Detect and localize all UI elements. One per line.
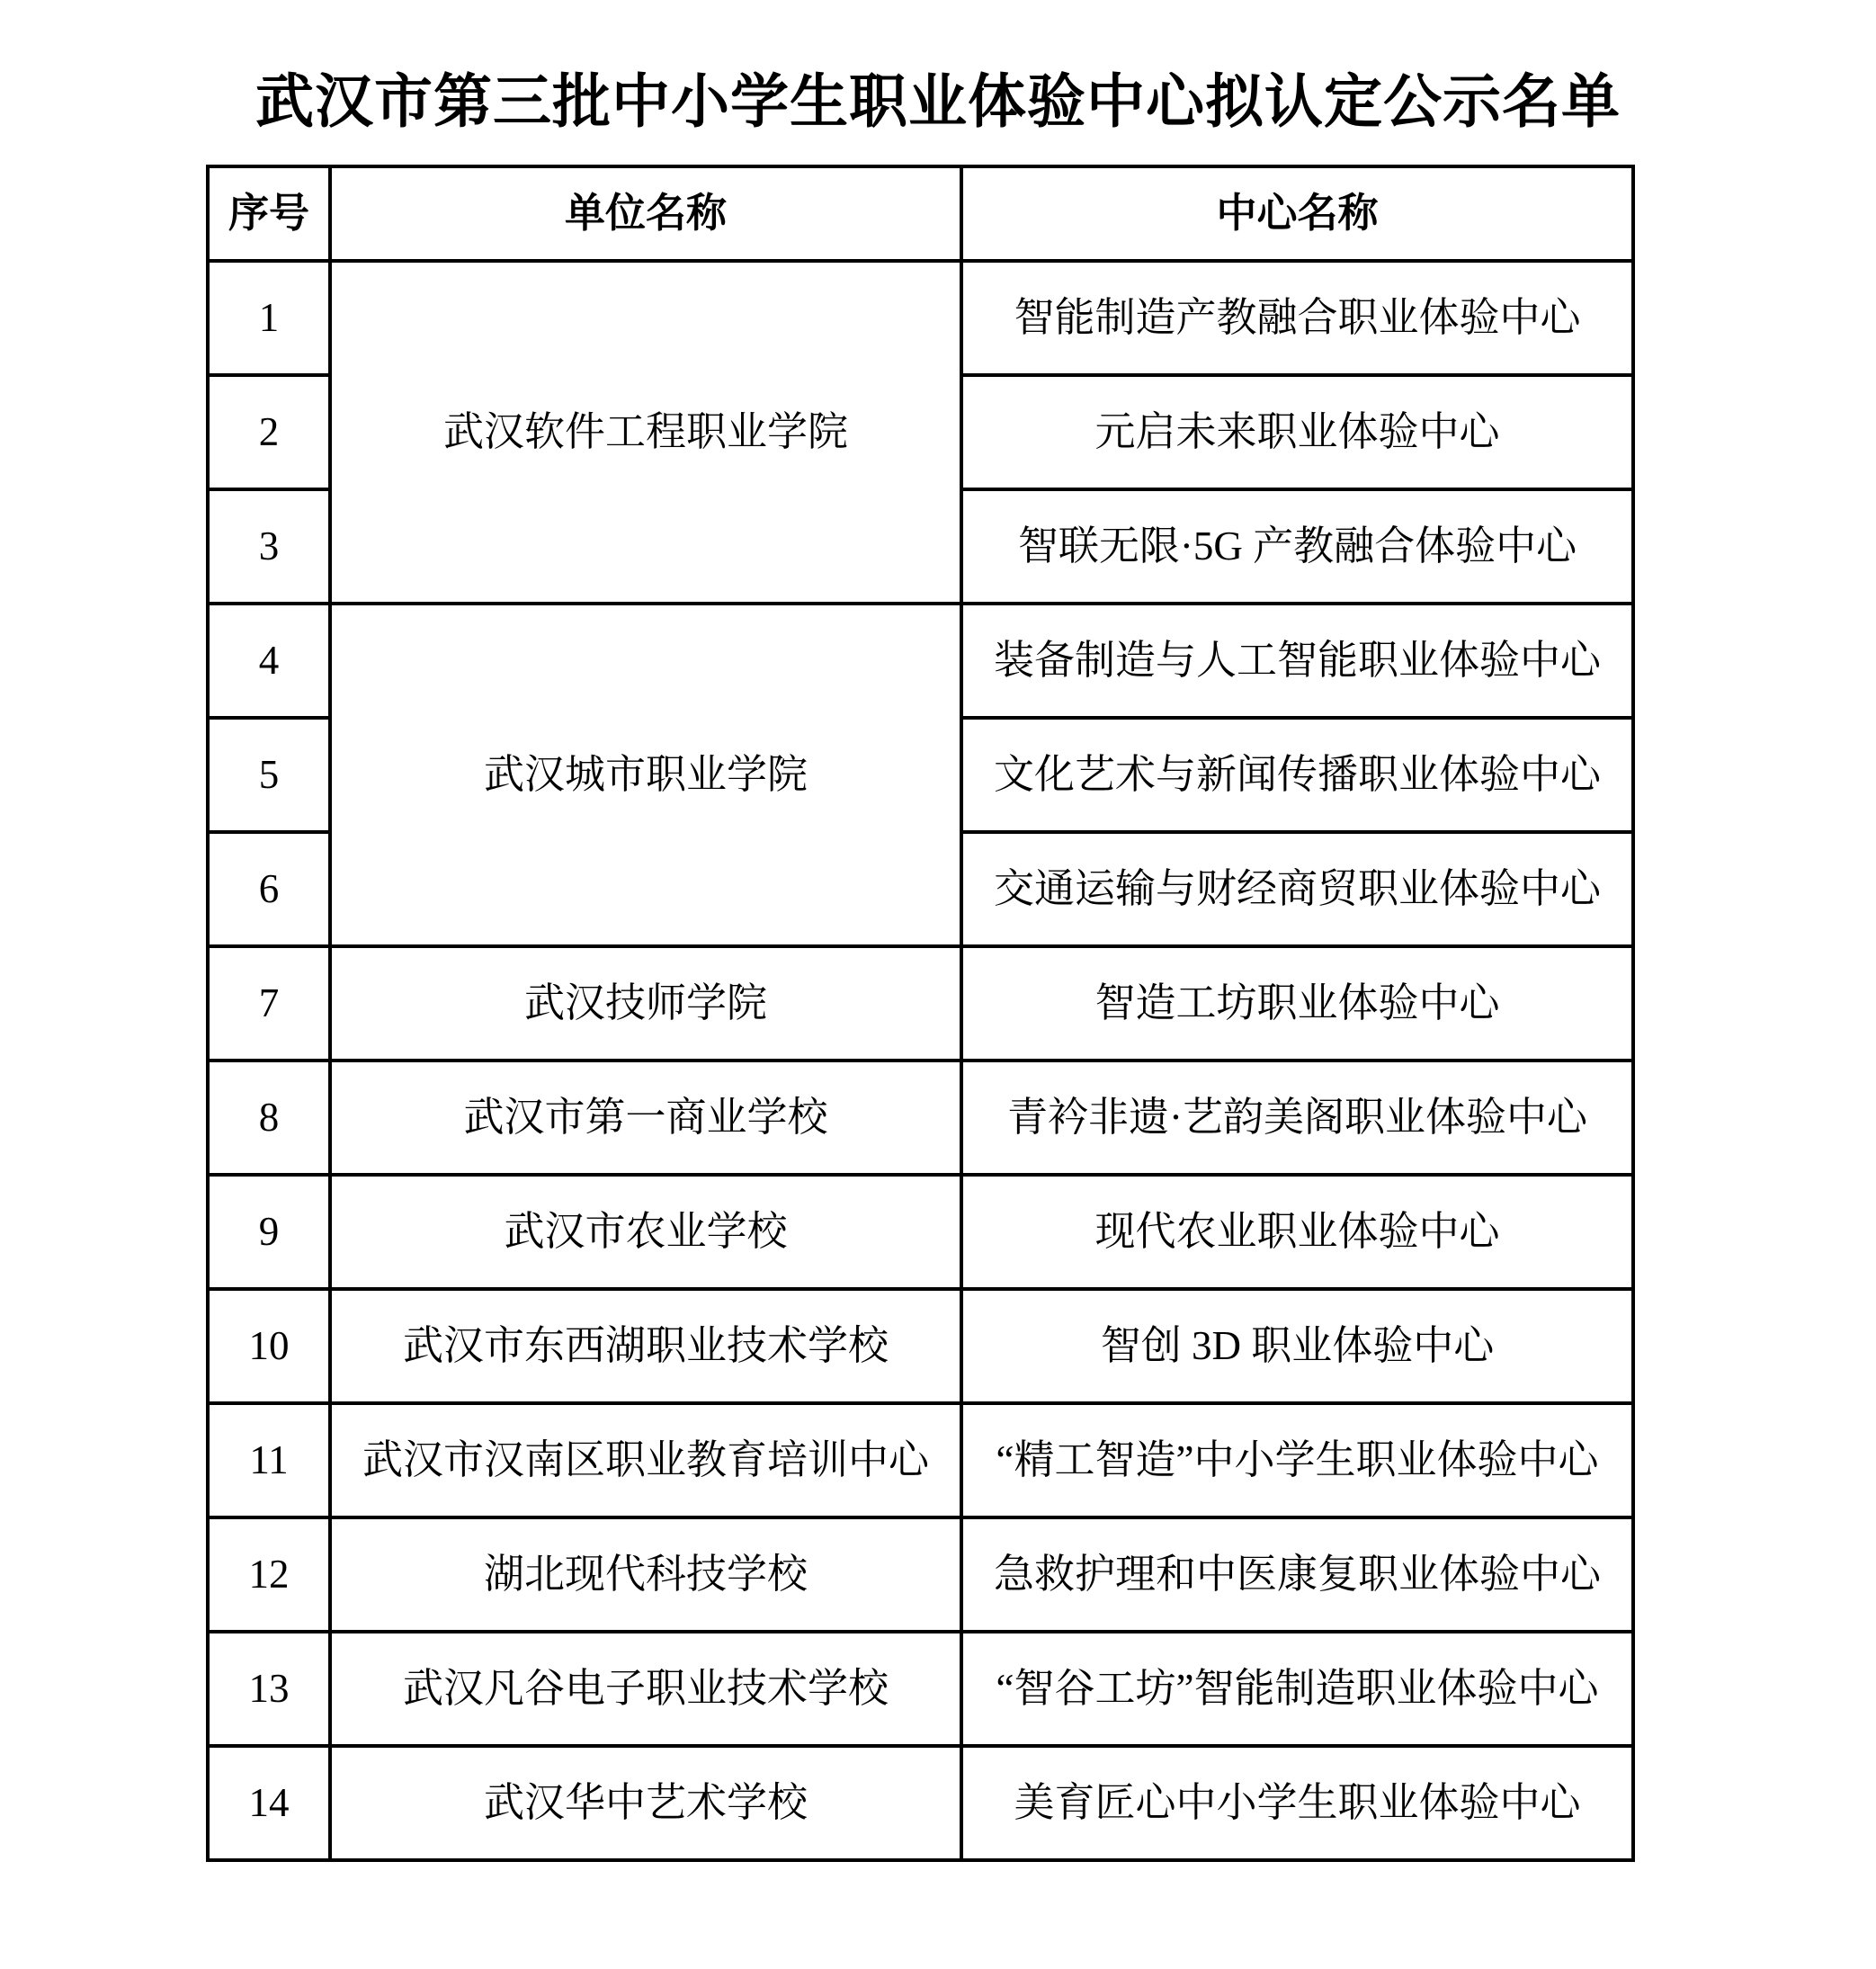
cell-unit: 武汉华中艺术学校 xyxy=(330,1746,961,1860)
table-row: 8 武汉市第一商业学校 青衿非遗·艺韵美阁职业体验中心 xyxy=(208,1061,1633,1175)
table-row: 1 武汉软件工程职业学院 智能制造产教融合职业体验中心 xyxy=(208,261,1633,375)
page-title: 武汉市第三批中小学生职业体验中心拟认定公示名单 xyxy=(0,65,1876,140)
cell-center: 智造工坊职业体验中心 xyxy=(961,946,1633,1061)
cell-no: 8 xyxy=(208,1061,330,1175)
notice-table: 序号 单位名称 中心名称 1 武汉软件工程职业学院 智能制造产教融合职业体验中心… xyxy=(206,165,1635,1862)
cell-unit: 武汉市农业学校 xyxy=(330,1175,961,1289)
cell-center: 装备制造与人工智能职业体验中心 xyxy=(961,604,1633,718)
cell-no: 9 xyxy=(208,1175,330,1289)
cell-center: “智谷工坊”智能制造职业体验中心 xyxy=(961,1632,1633,1746)
cell-unit: 武汉技师学院 xyxy=(330,946,961,1061)
cell-center: 交通运输与财经商贸职业体验中心 xyxy=(961,832,1633,946)
document-page: 武汉市第三批中小学生职业体验中心拟认定公示名单 序号 单位名称 中心名称 1 武… xyxy=(0,0,1876,1969)
header-cell-unit: 单位名称 xyxy=(330,166,961,261)
table-row: 11 武汉市汉南区职业教育培训中心 “精工智造”中小学生职业体验中心 xyxy=(208,1403,1633,1517)
cell-no: 10 xyxy=(208,1289,330,1403)
cell-no: 11 xyxy=(208,1403,330,1517)
cell-no: 14 xyxy=(208,1746,330,1860)
table-row: 9 武汉市农业学校 现代农业职业体验中心 xyxy=(208,1175,1633,1289)
cell-unit: 武汉软件工程职业学院 xyxy=(330,261,961,604)
table-row: 12 湖北现代科技学校 急救护理和中医康复职业体验中心 xyxy=(208,1517,1633,1632)
table-row: 13 武汉凡谷电子职业技术学校 “智谷工坊”智能制造职业体验中心 xyxy=(208,1632,1633,1746)
cell-center: “精工智造”中小学生职业体验中心 xyxy=(961,1403,1633,1517)
table-row: 7 武汉技师学院 智造工坊职业体验中心 xyxy=(208,946,1633,1061)
cell-unit: 武汉市汉南区职业教育培训中心 xyxy=(330,1403,961,1517)
cell-no: 4 xyxy=(208,604,330,718)
table-row: 4 武汉城市职业学院 装备制造与人工智能职业体验中心 xyxy=(208,604,1633,718)
cell-no: 5 xyxy=(208,718,330,832)
table-row: 14 武汉华中艺术学校 美育匠心中小学生职业体验中心 xyxy=(208,1746,1633,1860)
cell-no: 12 xyxy=(208,1517,330,1632)
table-header-row: 序号 单位名称 中心名称 xyxy=(208,166,1633,261)
cell-center: 急救护理和中医康复职业体验中心 xyxy=(961,1517,1633,1632)
cell-unit: 武汉市第一商业学校 xyxy=(330,1061,961,1175)
table-row: 10 武汉市东西湖职业技术学校 智创 3D 职业体验中心 xyxy=(208,1289,1633,1403)
cell-no: 2 xyxy=(208,375,330,489)
cell-no: 3 xyxy=(208,489,330,604)
cell-center: 现代农业职业体验中心 xyxy=(961,1175,1633,1289)
header-cell-no: 序号 xyxy=(208,166,330,261)
cell-unit: 武汉城市职业学院 xyxy=(330,604,961,946)
cell-center: 智能制造产教融合职业体验中心 xyxy=(961,261,1633,375)
cell-no: 6 xyxy=(208,832,330,946)
cell-center: 智联无限·5G 产教融合体验中心 xyxy=(961,489,1633,604)
cell-no: 1 xyxy=(208,261,330,375)
cell-center: 美育匠心中小学生职业体验中心 xyxy=(961,1746,1633,1860)
cell-center: 青衿非遗·艺韵美阁职业体验中心 xyxy=(961,1061,1633,1175)
header-cell-center: 中心名称 xyxy=(961,166,1633,261)
cell-no: 7 xyxy=(208,946,330,1061)
cell-center: 元启未来职业体验中心 xyxy=(961,375,1633,489)
cell-no: 13 xyxy=(208,1632,330,1746)
cell-unit: 武汉凡谷电子职业技术学校 xyxy=(330,1632,961,1746)
cell-center: 文化艺术与新闻传播职业体验中心 xyxy=(961,718,1633,832)
cell-center: 智创 3D 职业体验中心 xyxy=(961,1289,1633,1403)
cell-unit: 武汉市东西湖职业技术学校 xyxy=(330,1289,961,1403)
cell-unit: 湖北现代科技学校 xyxy=(330,1517,961,1632)
